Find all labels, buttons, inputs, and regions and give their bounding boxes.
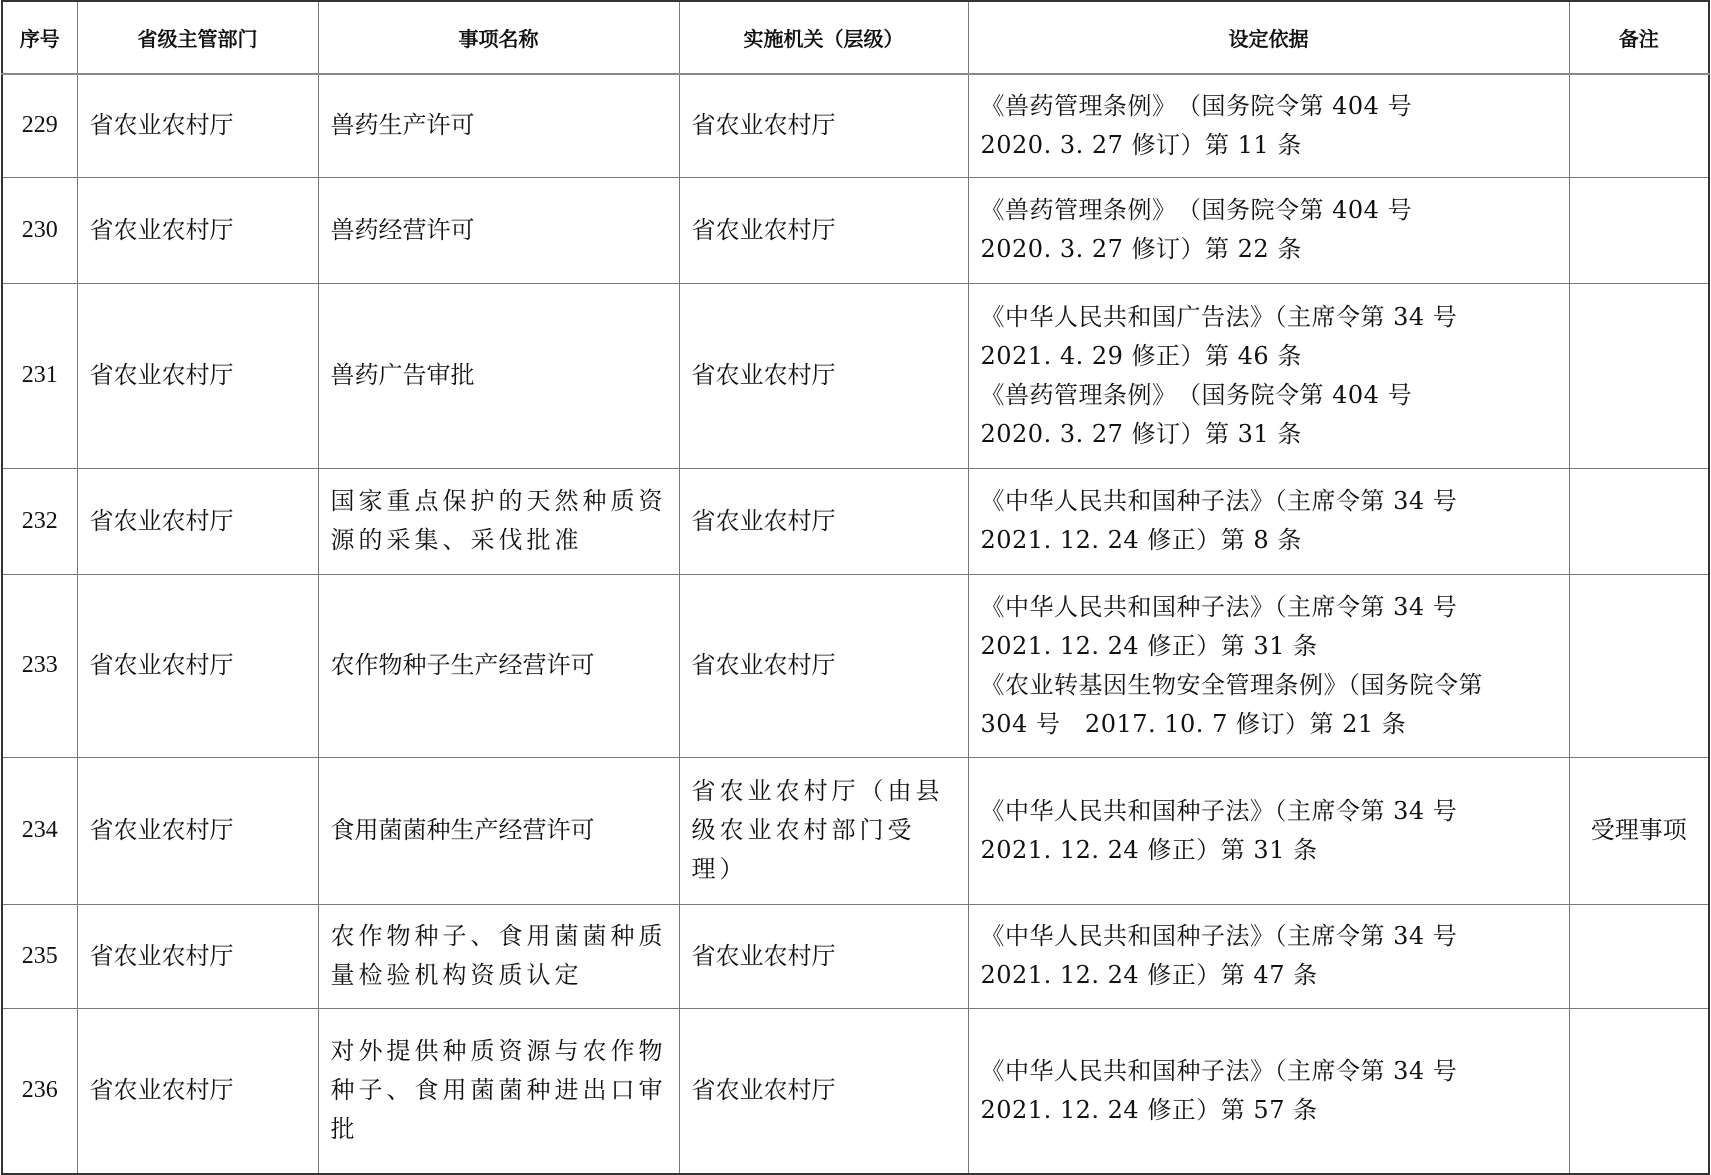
department: 省农业农村厅 <box>77 904 318 1008</box>
item-name: 农作物种子、食用菌菌种质量检验机构资质认定 <box>318 904 679 1008</box>
basis-line: 《中华人民共和国种子法》（主席令第 34 号 <box>981 482 1557 521</box>
remarks <box>1569 574 1709 757</box>
serial-number: 231 <box>2 283 77 468</box>
item-name: 兽药经营许可 <box>318 177 679 283</box>
implementing-agency: 省农业农村厅 <box>679 904 968 1008</box>
legal-basis: 《中华人民共和国种子法》（主席令第 34 号 2021. 12. 24 修正）第… <box>968 1008 1569 1174</box>
implementing-agency: 省农业农村厅（由县级农业农村部门受理） <box>679 757 968 904</box>
basis-line: 《中华人民共和国种子法》（主席令第 34 号 <box>981 588 1557 627</box>
item-name: 国家重点保护的天然种质资源的采集、采伐批准 <box>318 468 679 574</box>
header-department: 省级主管部门 <box>77 1 318 74</box>
remarks <box>1569 283 1709 468</box>
serial-number: 233 <box>2 574 77 757</box>
header-serial-number: 序号 <box>2 1 77 74</box>
basis-line: 《中华人民共和国广告法》（主席令第 34 号 <box>981 298 1557 337</box>
legal-basis: 《兽药管理条例》 （国务院令第 404 号 2020. 3. 27 修订）第 2… <box>968 177 1569 283</box>
implementing-agency: 省农业农村厅 <box>679 574 968 757</box>
legal-basis: 《中华人民共和国种子法》（主席令第 34 号 2021. 12. 24 修正）第… <box>968 468 1569 574</box>
serial-number: 235 <box>2 904 77 1008</box>
basis-line: 《兽药管理条例》 （国务院令第 404 号 <box>981 376 1557 415</box>
item-name: 食用菌菌种生产经营许可 <box>318 757 679 904</box>
basis-line: 2021. 4. 29 修正）第 46 条 <box>981 337 1557 376</box>
serial-number: 234 <box>2 757 77 904</box>
legal-basis: 《中华人民共和国广告法》（主席令第 34 号 2021. 4. 29 修正）第 … <box>968 283 1569 468</box>
basis-line: 《中华人民共和国种子法》（主席令第 34 号 <box>981 917 1557 956</box>
basis-line: 2021. 12. 24 修正）第 31 条 <box>981 627 1557 666</box>
implementing-agency: 省农业农村厅 <box>679 74 968 177</box>
remarks <box>1569 74 1709 177</box>
table-row: 234 省农业农村厅 食用菌菌种生产经营许可 省农业农村厅（由县级农业农村部门受… <box>2 757 1709 904</box>
implementing-agency: 省农业农村厅 <box>679 468 968 574</box>
legal-basis: 《兽药管理条例》 （国务院令第 404 号 2020. 3. 27 修订）第 1… <box>968 74 1569 177</box>
administrative-licensing-table: 序号 省级主管部门 事项名称 实施机关（层级） 设定依据 备注 229 省农业农… <box>1 0 1710 1175</box>
department: 省农业农村厅 <box>77 74 318 177</box>
basis-line: 2021. 12. 24 修正）第 8 条 <box>981 521 1557 560</box>
header-remarks: 备注 <box>1569 1 1709 74</box>
legal-basis: 《中华人民共和国种子法》（主席令第 34 号 2021. 12. 24 修正）第… <box>968 574 1569 757</box>
serial-number: 232 <box>2 468 77 574</box>
table-row: 235 省农业农村厅 农作物种子、食用菌菌种质量检验机构资质认定 省农业农村厅 … <box>2 904 1709 1008</box>
serial-number: 236 <box>2 1008 77 1174</box>
basis-line: 2021. 12. 24 修正）第 57 条 <box>981 1091 1557 1130</box>
item-name: 兽药广告审批 <box>318 283 679 468</box>
table-row: 233 省农业农村厅 农作物种子生产经营许可 省农业农村厅 《中华人民共和国种子… <box>2 574 1709 757</box>
item-name: 对外提供种质资源与农作物种子、食用菌菌种进出口审批 <box>318 1008 679 1174</box>
implementing-agency: 省农业农村厅 <box>679 283 968 468</box>
table-row: 236 省农业农村厅 对外提供种质资源与农作物种子、食用菌菌种进出口审批 省农业… <box>2 1008 1709 1174</box>
serial-number: 229 <box>2 74 77 177</box>
basis-line: 《兽药管理条例》 （国务院令第 404 号 <box>981 87 1557 126</box>
table-row: 230 省农业农村厅 兽药经营许可 省农业农村厅 《兽药管理条例》 （国务院令第… <box>2 177 1709 283</box>
basis-line: 304 号 2017. 10. 7 修订）第 21 条 <box>981 705 1557 744</box>
basis-line: 2020. 3. 27 修订）第 31 条 <box>981 415 1557 454</box>
basis-line: 《中华人民共和国种子法》（主席令第 34 号 <box>981 1052 1557 1091</box>
department: 省农业农村厅 <box>77 468 318 574</box>
remarks <box>1569 177 1709 283</box>
table-row: 231 省农业农村厅 兽药广告审批 省农业农村厅 《中华人民共和国广告法》（主席… <box>2 283 1709 468</box>
implementing-agency: 省农业农村厅 <box>679 1008 968 1174</box>
header-item-name: 事项名称 <box>318 1 679 74</box>
table-row: 229 省农业农村厅 兽药生产许可 省农业农村厅 《兽药管理条例》 （国务院令第… <box>2 74 1709 177</box>
basis-line: 《农业转基因生物安全管理条例》（国务院令第 <box>981 666 1557 705</box>
department: 省农业农村厅 <box>77 177 318 283</box>
table-row: 232 省农业农村厅 国家重点保护的天然种质资源的采集、采伐批准 省农业农村厅 … <box>2 468 1709 574</box>
remarks <box>1569 468 1709 574</box>
department: 省农业农村厅 <box>77 574 318 757</box>
remarks: 受理事项 <box>1569 757 1709 904</box>
department: 省农业农村厅 <box>77 1008 318 1174</box>
serial-number: 230 <box>2 177 77 283</box>
remarks <box>1569 904 1709 1008</box>
department: 省农业农村厅 <box>77 283 318 468</box>
header-implementing-agency: 实施机关（层级） <box>679 1 968 74</box>
basis-line: 《中华人民共和国种子法》（主席令第 34 号 <box>981 792 1557 831</box>
item-name: 农作物种子生产经营许可 <box>318 574 679 757</box>
department: 省农业农村厅 <box>77 757 318 904</box>
header-row: 序号 省级主管部门 事项名称 实施机关（层级） 设定依据 备注 <box>2 1 1709 74</box>
header-legal-basis: 设定依据 <box>968 1 1569 74</box>
basis-line: 2020. 3. 27 修订）第 22 条 <box>981 230 1557 269</box>
basis-line: 《兽药管理条例》 （国务院令第 404 号 <box>981 191 1557 230</box>
legal-basis: 《中华人民共和国种子法》（主席令第 34 号 2021. 12. 24 修正）第… <box>968 904 1569 1008</box>
remarks <box>1569 1008 1709 1174</box>
basis-line: 2021. 12. 24 修正）第 31 条 <box>981 831 1557 870</box>
basis-line: 2020. 3. 27 修订）第 11 条 <box>981 126 1557 165</box>
basis-line: 2021. 12. 24 修正）第 47 条 <box>981 956 1557 995</box>
implementing-agency: 省农业农村厅 <box>679 177 968 283</box>
legal-basis: 《中华人民共和国种子法》（主席令第 34 号 2021. 12. 24 修正）第… <box>968 757 1569 904</box>
item-name: 兽药生产许可 <box>318 74 679 177</box>
